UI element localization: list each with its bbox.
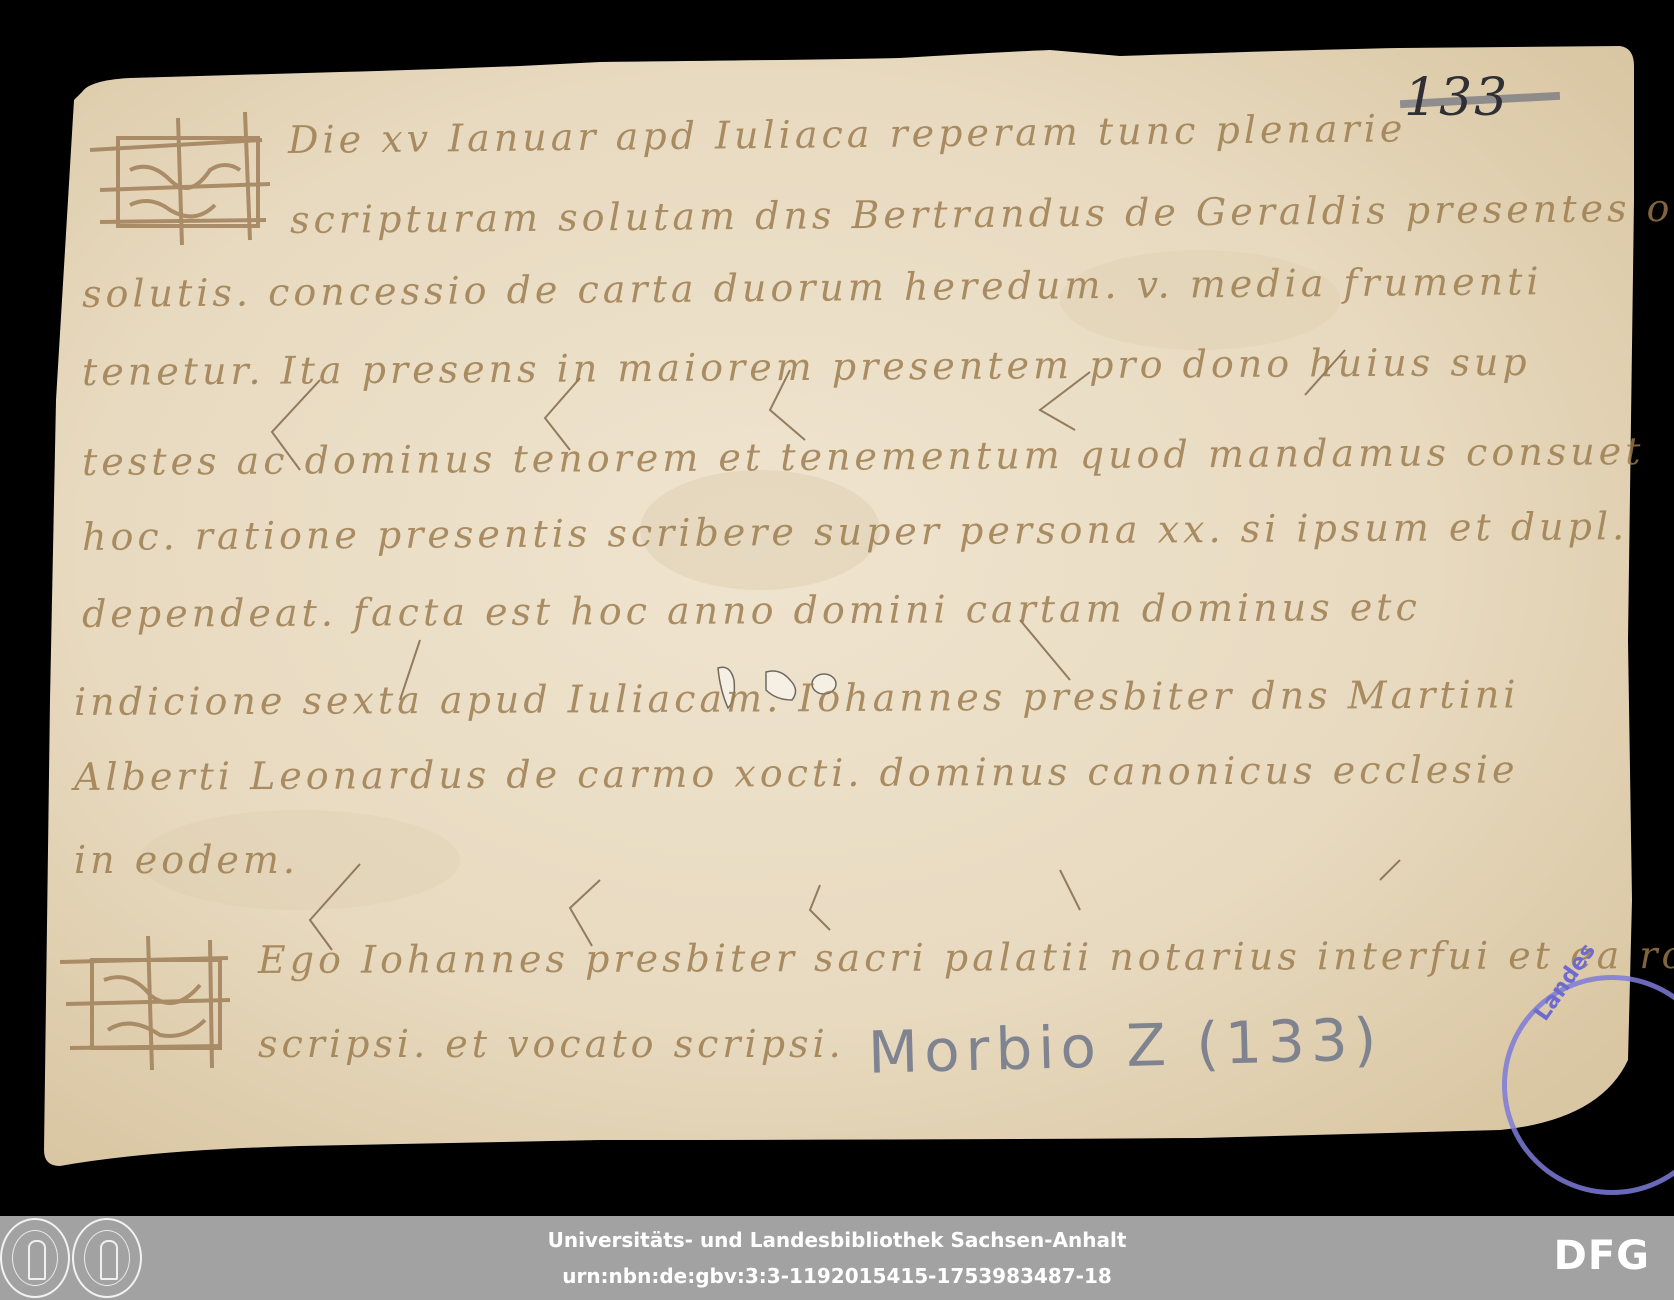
document-viewer: Die xv Ianuar apd Iuliaca reperam tunc p… bbox=[0, 0, 1674, 1216]
script-line: indicione sexta apud Iuliacam. Iohannes … bbox=[74, 672, 1520, 724]
shelfmark-pencil: Morbio Z (133) bbox=[867, 1005, 1383, 1086]
script-line: scripsi. et vocato scripsi. bbox=[258, 1022, 845, 1066]
urn-identifier: urn:nbn:de:gbv:3:3-1192015415-1753983487… bbox=[0, 1264, 1674, 1288]
dfg-logo-icon: DFG bbox=[1554, 1238, 1650, 1274]
script-line: in eodem. bbox=[74, 838, 299, 882]
folio-number: 133 bbox=[1404, 68, 1509, 128]
parchment-sheet: Die xv Ianuar apd Iuliaca reperam tunc p… bbox=[0, 0, 1674, 1216]
script-line: Alberti Leonardus de carmo xocti. dominu… bbox=[74, 747, 1519, 799]
institution-name: Universitäts- und Landesbibliothek Sachs… bbox=[0, 1228, 1674, 1252]
script-line: dependeat. facta est hoc anno domini car… bbox=[82, 585, 1421, 636]
footer-band: Universitäts- und Landesbibliothek Sachs… bbox=[0, 1216, 1674, 1300]
script-line: Ego Iohannes presbiter sacri palatii not… bbox=[258, 933, 1674, 982]
